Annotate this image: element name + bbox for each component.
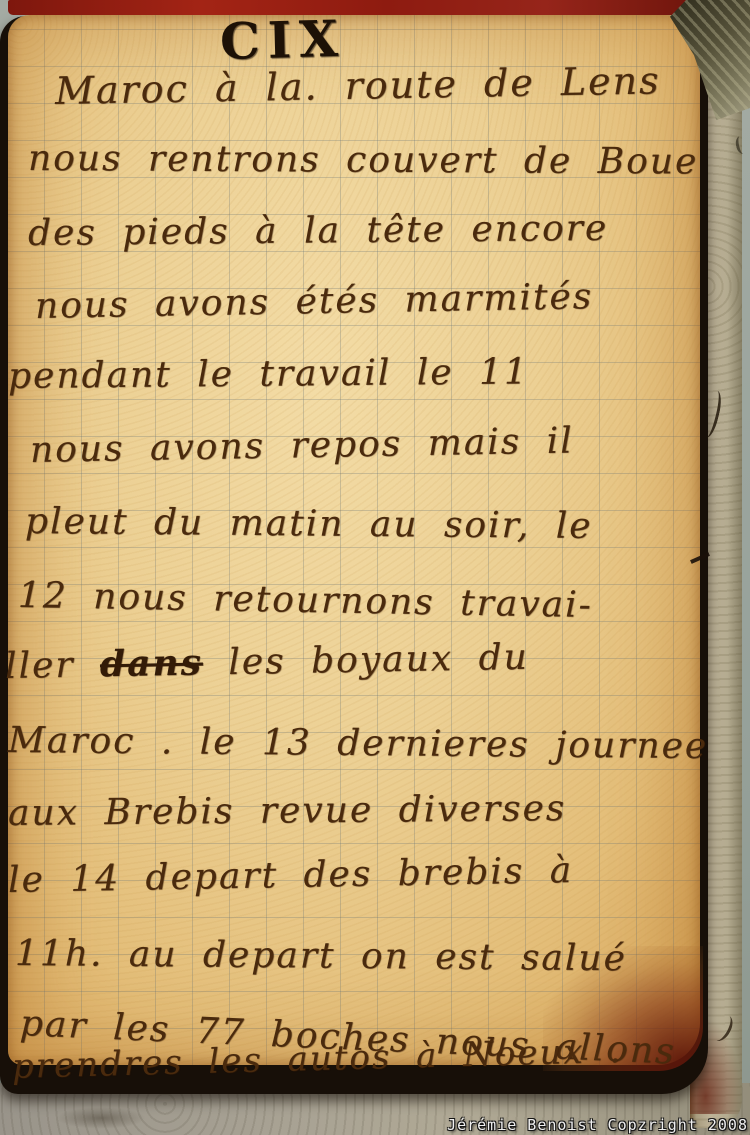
scanned-notebook-photo: CIX Maroc à la. route de Lens nous rentr…	[0, 0, 750, 1135]
copyright-watermark: Jérémie Benoist Copzright 2008	[447, 1116, 748, 1134]
handwritten-line-11: aux Brebis revue diverses	[8, 790, 567, 833]
handwritten-line-5: pendant le travail le 11	[8, 353, 529, 395]
handwritten-line-7: pleut du matin au soir, le	[25, 503, 593, 546]
handwritten-line-6: nous avons repos mais il	[30, 423, 574, 470]
handwritten-line-3: des pieds à la tête encore	[28, 210, 609, 253]
line-9-overwritten-word: dans	[100, 642, 204, 686]
cover-red-top-edge	[8, 0, 698, 15]
handwritten-line-12: le 14 depart des brebis à	[8, 852, 574, 900]
handwritten-line-8: 12 nous retournons travai-	[18, 577, 593, 625]
page-number-roman: CIX	[219, 14, 346, 67]
handwritten-line-10: Maroc . le 13 dernieres journee	[8, 722, 709, 766]
handwritten-line-4: nous avons étés marmités	[35, 278, 594, 326]
notebook-page: CIX Maroc à la. route de Lens nous rentr…	[8, 15, 700, 1065]
handwritten-line-2: nous rentrons couvert de Boue	[28, 140, 699, 181]
cover-bottom-stain	[56, 1107, 146, 1129]
handwritten-line-1: Maroc à la. route de Lens	[55, 61, 661, 111]
handwritten-line-9: ller dans les boyaux du	[5, 639, 529, 686]
handwritten-line-13: 11h. au depart on est salué	[15, 935, 627, 978]
line-9-text-pre: ller	[5, 644, 101, 687]
line-9-text-post: les boyaux du	[203, 637, 530, 684]
